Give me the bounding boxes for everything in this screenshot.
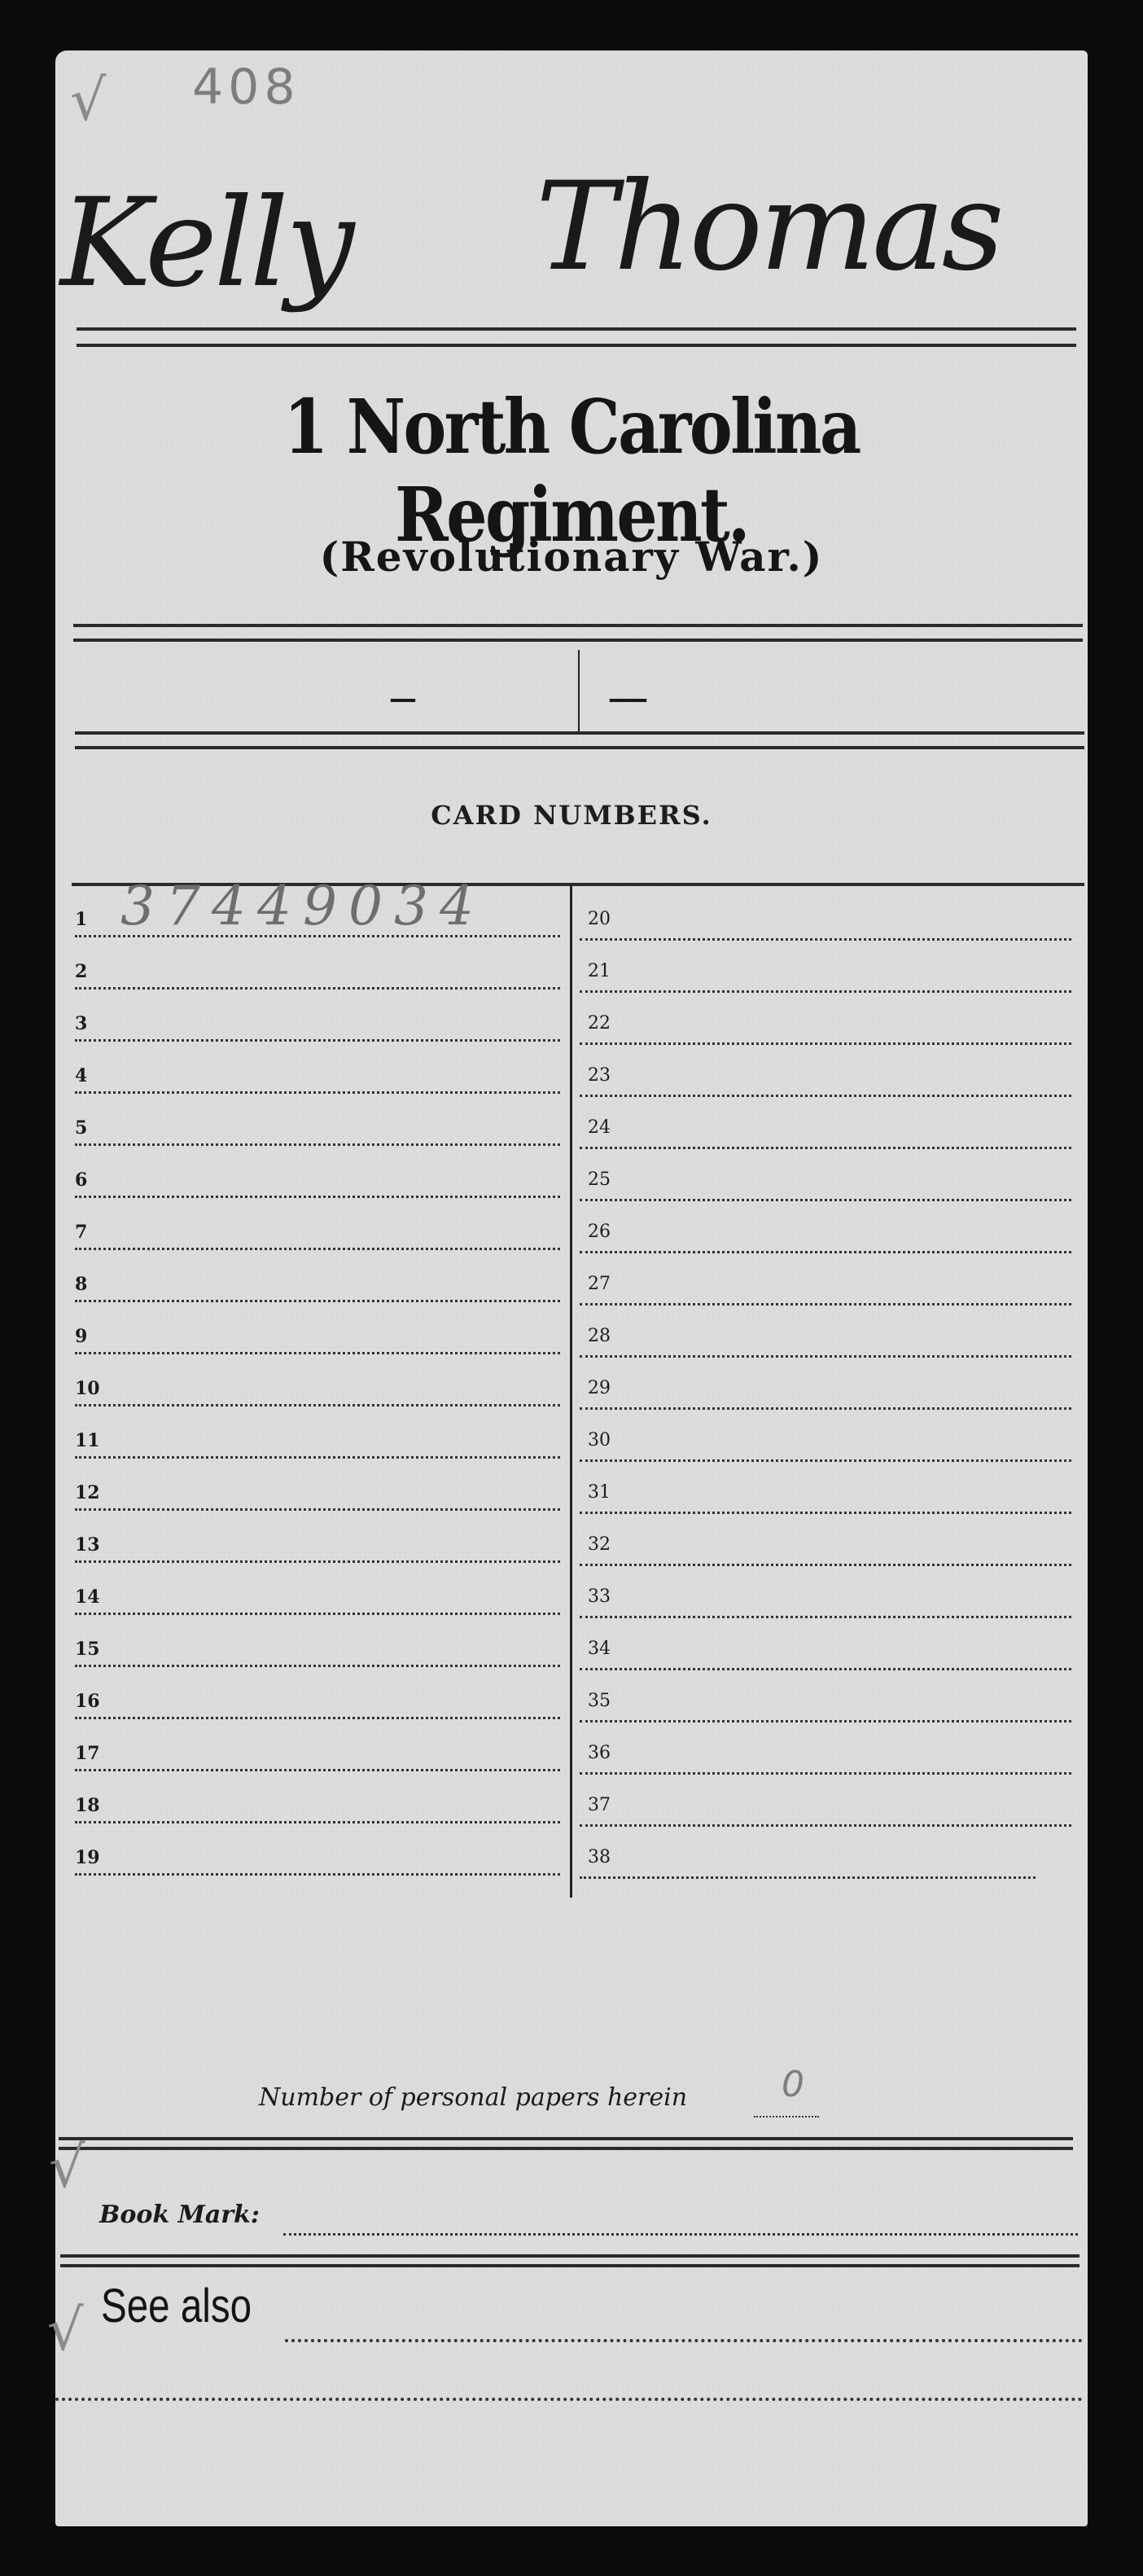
card-numbers-divider	[570, 886, 572, 1898]
papers-rule-2	[59, 2147, 1073, 2150]
corner-number: 408	[192, 59, 300, 116]
card-numbers-header: CARD NUMBERS.	[55, 800, 1088, 831]
row-number: 2	[75, 961, 87, 982]
row-line	[75, 1456, 560, 1459]
row-line	[75, 987, 560, 990]
row-number: 36	[588, 1743, 611, 1763]
row-line	[580, 1199, 1071, 1201]
card-number-value: 37449034	[120, 875, 485, 937]
row-number: 30	[588, 1430, 611, 1450]
personal-papers-value: 0	[782, 2064, 804, 2105]
row-number: 18	[75, 1795, 100, 1816]
row-line	[580, 990, 1071, 993]
row-line	[75, 1352, 560, 1354]
surname-handwritten: Kelly	[60, 173, 352, 314]
row-line	[75, 1404, 560, 1406]
row-line	[580, 1824, 1071, 1827]
row-line	[75, 1091, 560, 1094]
row-number: 21	[588, 961, 611, 981]
row-number: 23	[588, 1065, 611, 1086]
rank-rule-1	[73, 624, 1083, 627]
book-mark-line	[283, 2233, 1078, 2236]
row-number: 12	[75, 1482, 100, 1503]
row-number: 32	[588, 1534, 611, 1555]
row-line	[75, 1300, 560, 1302]
rank-end-dash: —	[607, 682, 649, 715]
row-line	[580, 1512, 1071, 1514]
row-line	[580, 1564, 1071, 1566]
row-number: 26	[588, 1222, 611, 1242]
row-line	[580, 938, 1071, 941]
row-number: 29	[588, 1378, 611, 1398]
row-number: 38	[588, 1847, 611, 1867]
row-number: 37	[588, 1795, 611, 1815]
row-line	[75, 1821, 560, 1823]
row-number: 28	[588, 1326, 611, 1346]
row-number: 35	[588, 1691, 611, 1711]
row-line	[580, 1668, 1071, 1670]
personal-papers-line	[754, 2116, 819, 2117]
row-line	[580, 1095, 1071, 1097]
row-line	[75, 1508, 560, 1511]
row-number: 34	[588, 1639, 611, 1659]
row-line	[580, 1042, 1071, 1045]
book-mark-label: Book Mark:	[99, 2201, 260, 2229]
row-line	[580, 1772, 1071, 1775]
row-number: 27	[588, 1274, 611, 1294]
personal-papers-label: Number of personal papers herein	[259, 2083, 687, 2112]
row-line	[580, 1876, 1036, 1879]
row-line	[75, 1769, 560, 1771]
row-number: 17	[75, 1743, 100, 1764]
row-number: 3	[75, 1013, 87, 1034]
row-number: 10	[75, 1378, 100, 1399]
row-number: 9	[75, 1326, 87, 1347]
see-also-label: See also	[101, 2279, 252, 2333]
row-line	[75, 1248, 560, 1250]
row-line	[75, 1143, 560, 1146]
row-number: 6	[75, 1170, 87, 1191]
row-number: 25	[588, 1170, 611, 1190]
name-rule-bottom	[77, 344, 1076, 347]
row-number: 31	[588, 1482, 611, 1503]
see-also-line	[285, 2339, 1083, 2342]
row-number: 19	[75, 1847, 100, 1868]
row-line	[580, 1251, 1071, 1253]
rank-rule-2	[73, 639, 1083, 642]
war-subtitle: (Revolutionary War.)	[55, 533, 1088, 581]
checkmark-icon: √	[47, 2297, 84, 2363]
row-number: 8	[75, 1274, 87, 1295]
rank-rule-4	[75, 746, 1084, 749]
row-number: 33	[588, 1586, 611, 1607]
rank-divider	[578, 650, 580, 731]
see-also-line-2	[55, 2398, 1083, 2401]
row-number: 4	[75, 1065, 87, 1086]
bookmark-rule-1	[60, 2254, 1079, 2258]
row-line	[75, 1665, 560, 1667]
row-number: 15	[75, 1639, 100, 1660]
row-number: 22	[588, 1013, 611, 1033]
bookmark-rule-2	[60, 2264, 1079, 2267]
row-number: 14	[75, 1586, 100, 1608]
row-line	[75, 935, 560, 937]
rank-start-dash: —	[389, 682, 417, 715]
row-number: 13	[75, 1534, 100, 1556]
row-line	[75, 1613, 560, 1615]
record-card: √ 408 Kelly Thomas 1 North Carolina Regi…	[55, 50, 1088, 2526]
row-number: 1	[75, 909, 87, 930]
row-line	[75, 1873, 560, 1876]
row-line	[580, 1720, 1071, 1722]
row-line	[580, 1407, 1071, 1410]
row-line	[580, 1459, 1071, 1462]
row-line	[580, 1355, 1071, 1358]
row-number: 16	[75, 1691, 100, 1712]
row-line	[75, 1039, 560, 1042]
checkmark-icon: √	[70, 67, 107, 134]
row-line	[580, 1147, 1071, 1149]
name-rule-top	[77, 327, 1076, 331]
row-line	[580, 1616, 1071, 1618]
checkmark-icon: √	[49, 2134, 85, 2201]
row-line	[75, 1560, 560, 1563]
row-number: 11	[75, 1430, 100, 1451]
row-line	[75, 1196, 560, 1198]
row-number: 7	[75, 1222, 87, 1243]
row-number: 5	[75, 1117, 87, 1139]
given-name-handwritten: Thomas	[536, 156, 1001, 298]
row-line	[75, 1717, 560, 1719]
row-number: 24	[588, 1117, 611, 1138]
row-number: 20	[588, 909, 611, 929]
papers-rule-1	[59, 2137, 1073, 2140]
rank-rule-3	[75, 731, 1084, 735]
row-line	[580, 1303, 1071, 1306]
